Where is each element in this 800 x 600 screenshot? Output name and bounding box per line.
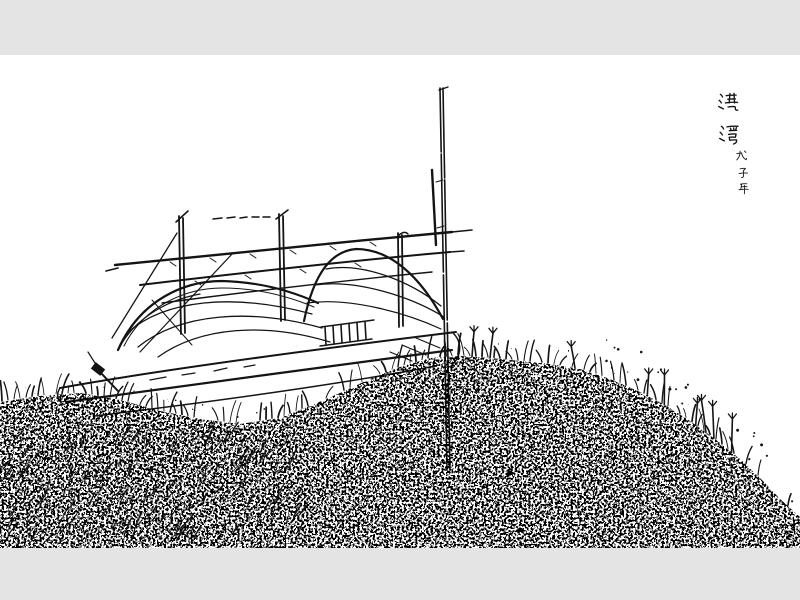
- ink-sketch-artwork: 港湾 戊子年: [0, 0, 800, 600]
- letterbox-bottom: [0, 548, 800, 600]
- letterbox-top: [0, 0, 800, 55]
- sketch-canvas: [0, 0, 800, 600]
